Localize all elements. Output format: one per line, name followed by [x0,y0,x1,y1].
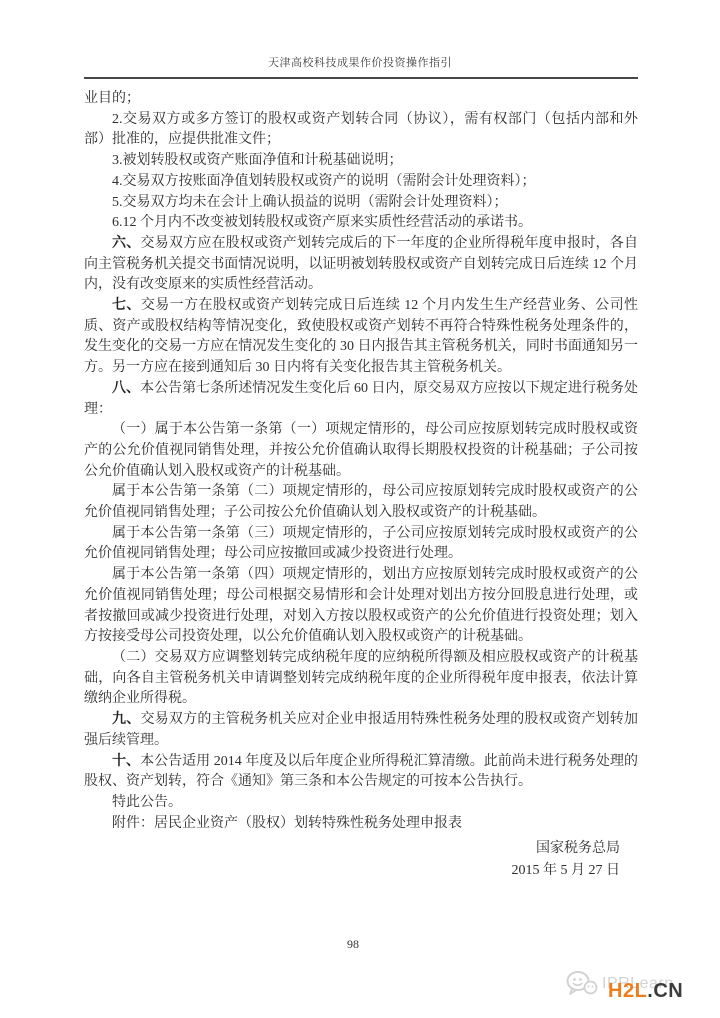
paragraph-text: 交易一方在股权或资产划转完成日后连续 12 个月内发生生产经营业务、公司性质、资… [84,298,638,375]
paragraph: 六、交易双方应在股权或资产划转完成后的下一年度的企业所得税年度申报时，各自向主管… [84,234,638,296]
paragraph-text: 本公告第七条所述情况发生变化后 60 日内，原交易双方应按以下规定进行税务处理： [84,381,638,417]
paragraph: 九、交易双方的主管税务机关应对企业申报适用特殊性税务处理的股权或资产划转加强后续… [84,710,638,751]
paragraph: 属于本公告第一条第（二）项规定情形的，母公司应按原划转完成时股权或资产的公允价值… [84,482,638,523]
paragraph: 八、本公告第七条所述情况发生变化后 60 日内，原交易双方应按以下规定进行税务处… [84,379,638,420]
paragraph-text: 特此公告。 [112,795,182,810]
paragraph-text: 属于本公告第一条第（三）项规定情形的，子公司应按原划转完成时股权或资产的公允价值… [84,526,638,562]
paragraph-text: （二）交易双方应调整划转完成纳税年度的应纳税所得额及相应股权或资产的计税基础，向… [84,650,638,706]
paragraph-text: 2.交易双方或多方签订的股权或资产划转合同（协议），需有权部门（包括内部和外部）… [84,112,638,148]
paragraph-ordinal: 十、 [112,754,140,769]
watermark: IPRLearn H2L.CN [566,968,716,1008]
paragraph: 十、本公告适用 2014 年度及以后年度企业所得税汇算清缴。此前尚未进行税务处理… [84,752,638,793]
paragraph: 附件：居民企业资产（股权）划转特殊性税务处理申报表 [84,814,638,835]
watermark-brand-main: H2L [608,980,647,1002]
signature-block: 国家税务总局 2015 年 5 月 27 日 [84,838,638,882]
paragraph: 七、交易一方在股权或资产划转完成日后连续 12 个月内发生生产经营业务、公司性质… [84,296,638,379]
paragraph-text: 3.被划转股权或资产账面净值和计税基础说明； [112,153,403,168]
paragraph-text: 交易双方应在股权或资产划转完成后的下一年度的企业所得税年度申报时，各自向主管税务… [84,236,638,292]
paragraph-text: （一）属于本公告第一条第（一）项规定情形的，母公司应按原划转完成时股权或资产的公… [84,422,638,478]
running-header-title: 天津高校科技成果作价投资操作指引 [0,0,720,70]
paragraph: 业目的； [84,89,638,110]
paragraph-ordinal: 九、 [112,712,140,727]
paragraph-text: 附件：居民企业资产（股权）划转特殊性税务处理申报表 [112,816,462,831]
paragraph: （一）属于本公告第一条第（一）项规定情形的，母公司应按原划转完成时股权或资产的公… [84,420,638,482]
paragraph: 4.交易双方按账面净值划转股权或资产的说明（需附会计处理资料）； [84,172,638,193]
paragraph-text: 5.交易双方均未在会计上确认损益的说明（需附会计处理资料）； [112,195,508,210]
watermark-brand-domain: .CN [647,980,683,1002]
header-rule [84,77,638,79]
paragraph: 属于本公告第一条第（三）项规定情形的，子公司应按原划转完成时股权或资产的公允价值… [84,524,638,565]
paragraph-ordinal: 六、 [112,236,140,251]
paragraph: 特此公告。 [84,793,638,814]
paragraph-ordinal: 八、 [112,381,140,396]
paragraph: （二）交易双方应调整划转完成纳税年度的应纳税所得额及相应股权或资产的计税基础，向… [84,648,638,710]
paragraph: 属于本公告第一条第（四）项规定情形的，划出方应按原划转完成时股权或资产的公允价值… [84,565,638,648]
document-page: 天津高校科技成果作价投资操作指引 业目的； 2.交易双方或多方签订的股权或资产划… [0,0,720,1018]
paragraph: 6.12 个月内不改变被划转股权或资产原来实质性经营活动的承诺书。 [84,213,638,234]
chat-bubbles-icon [566,970,598,998]
paragraph: 5.交易双方均未在会计上确认损益的说明（需附会计处理资料）； [84,193,638,214]
paragraph-text: 属于本公告第一条第（二）项规定情形的，母公司应按原划转完成时股权或资产的公允价值… [84,484,638,520]
paragraph-text: 交易双方的主管税务机关应对企业申报适用特殊性税务处理的股权或资产划转加强后续管理… [84,712,638,748]
page-number: 98 [0,937,706,952]
watermark-brand: H2L.CN [608,980,683,1003]
paragraph-text: 本公告适用 2014 年度及以后年度企业所得税汇算清缴。此前尚未进行税务处理的股… [84,754,638,790]
paragraph: 2.交易双方或多方签订的股权或资产划转合同（协议），需有权部门（包括内部和外部）… [84,110,638,151]
signature-date: 2015 年 5 月 27 日 [84,860,620,882]
paragraph-text: 6.12 个月内不改变被划转股权或资产原来实质性经营活动的承诺书。 [112,215,532,230]
paragraph-text: 业目的； [84,91,140,106]
signature-agency: 国家税务总局 [84,838,620,860]
paragraph-text: 属于本公告第一条第（四）项规定情形的，划出方应按原划转完成时股权或资产的公允价值… [84,567,638,644]
body-text: 业目的； 2.交易双方或多方签订的股权或资产划转合同（协议），需有权部门（包括内… [84,89,638,834]
paragraph-text: 4.交易双方按账面净值划转股权或资产的说明（需附会计处理资料）； [112,174,536,189]
paragraph: 3.被划转股权或资产账面净值和计税基础说明； [84,151,638,172]
paragraph-ordinal: 七、 [112,298,141,313]
